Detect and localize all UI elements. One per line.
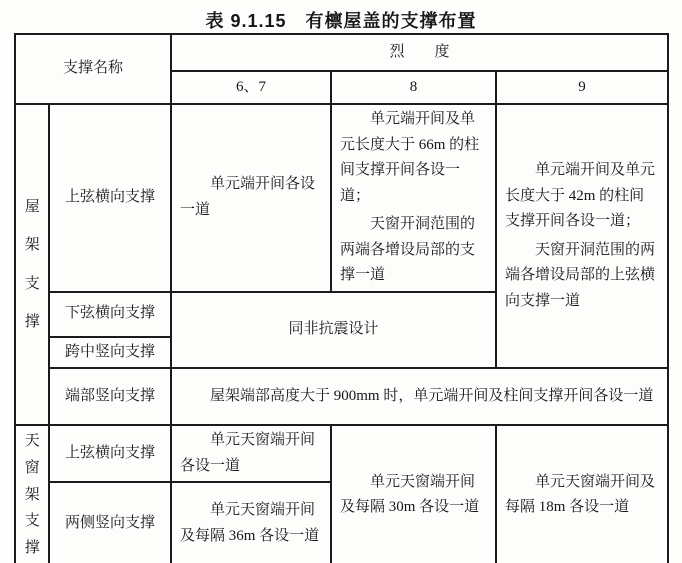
cell-text: 单元天窗端开间及每隔 36m 各设一道 <box>180 498 322 549</box>
group-skylight-truss: 天窗架支撑 <box>15 425 49 563</box>
cell-text: 单元端开间及单元长度大于 42m 的柱间支撑开间各设一道； <box>505 158 659 235</box>
group-roof-truss-label: 屋架支撑 <box>24 188 41 341</box>
cell-roof-degree-9: 单元端开间及单元长度大于 42m 的柱间支撑开间各设一道； 天窗开洞范围的两端各… <box>496 104 668 368</box>
cell-skylight-degree-8: 单元天窗端开间及每隔 30m 各设一道 <box>331 425 496 563</box>
cell-roof-top-chord-8: 单元端开间及单元长度大于 66m 的柱间支撑开间各设一道； 天窗开洞范围的两端各… <box>331 104 496 292</box>
group-roof-truss: 屋架支撑 <box>15 104 49 425</box>
cell-text: 单元天窗端开间及每隔 30m 各设一道 <box>340 470 487 521</box>
table-row: 端部竖向支撑 屋架端部高度大于 900mm 时，单元端开间及柱间支撑开间各设一道 <box>15 368 668 425</box>
row-label-skylight-side-vertical: 两侧竖向支撑 <box>49 482 171 563</box>
row-label-skylight-top-chord: 上弦横向支撑 <box>49 425 171 482</box>
col-header-intensity-8: 8 <box>331 71 496 104</box>
table-row: 屋架支撑 上弦横向支撑 单元端开间各设一道 单元端开间及单元长度大于 66m 的… <box>15 104 668 292</box>
cell-roof-end-vertical: 屋架端部高度大于 900mm 时，单元端开间及柱间支撑开间各设一道 <box>171 368 668 425</box>
header-intensity: 烈 度 <box>171 34 668 71</box>
row-label-midspan-vertical: 跨中竖向支撑 <box>49 337 171 369</box>
bracing-table: 支撑名称 烈 度 6、7 8 9 屋架支撑 上弦横向支撑 单元端开间各设一道 单… <box>14 33 669 563</box>
row-label-bottom-chord-transverse: 下弦横向支撑 <box>49 292 171 337</box>
cell-text: 单元天窗端开间及每隔 18m 各设一道 <box>505 470 659 521</box>
cell-non-seismic: 同非抗震设计 <box>171 292 496 369</box>
header-row-1: 支撑名称 烈 度 <box>15 34 668 71</box>
scanned-document-page: 表 9.1.15 有檩屋盖的支撑布置 支撑名称 烈 度 6、7 8 9 屋架支撑… <box>0 0 682 563</box>
row-label-top-chord-transverse: 上弦横向支撑 <box>49 104 171 292</box>
cell-text: 单元端开间各设一道 <box>180 172 322 223</box>
col-header-intensity-9: 9 <box>496 71 668 104</box>
header-support-name: 支撑名称 <box>15 34 171 104</box>
cell-text: 单元端开间及单元长度大于 66m 的柱间支撑开间各设一道； <box>340 107 487 209</box>
group-skylight-truss-label: 天窗架支撑 <box>24 428 41 561</box>
cell-skylight-degree-9: 单元天窗端开间及每隔 18m 各设一道 <box>496 425 668 563</box>
table-row: 天窗架支撑 上弦横向支撑 单元天窗端开间各设一道 单元天窗端开间及每隔 30m … <box>15 425 668 482</box>
cell-skylight-top-chord-67: 单元天窗端开间各设一道 <box>171 425 331 482</box>
cell-text: 天窗开洞范围的两端各增设局部的上弦横向支撑一道 <box>505 238 659 315</box>
cell-text: 单元天窗端开间各设一道 <box>180 428 322 479</box>
table-title: 表 9.1.15 有檩屋盖的支撑布置 <box>0 7 682 33</box>
col-header-intensity-6-7: 6、7 <box>171 71 331 104</box>
cell-skylight-side-vertical-67: 单元天窗端开间及每隔 36m 各设一道 <box>171 482 331 563</box>
cell-text: 天窗开洞范围的两端各增设局部的支撑一道 <box>340 212 487 289</box>
cell-text: 屋架端部高度大于 900mm 时，单元端开间及柱间支撑开间各设一道 <box>180 384 659 410</box>
row-label-end-vertical: 端部竖向支撑 <box>49 368 171 425</box>
cell-roof-top-chord-67: 单元端开间各设一道 <box>171 104 331 292</box>
